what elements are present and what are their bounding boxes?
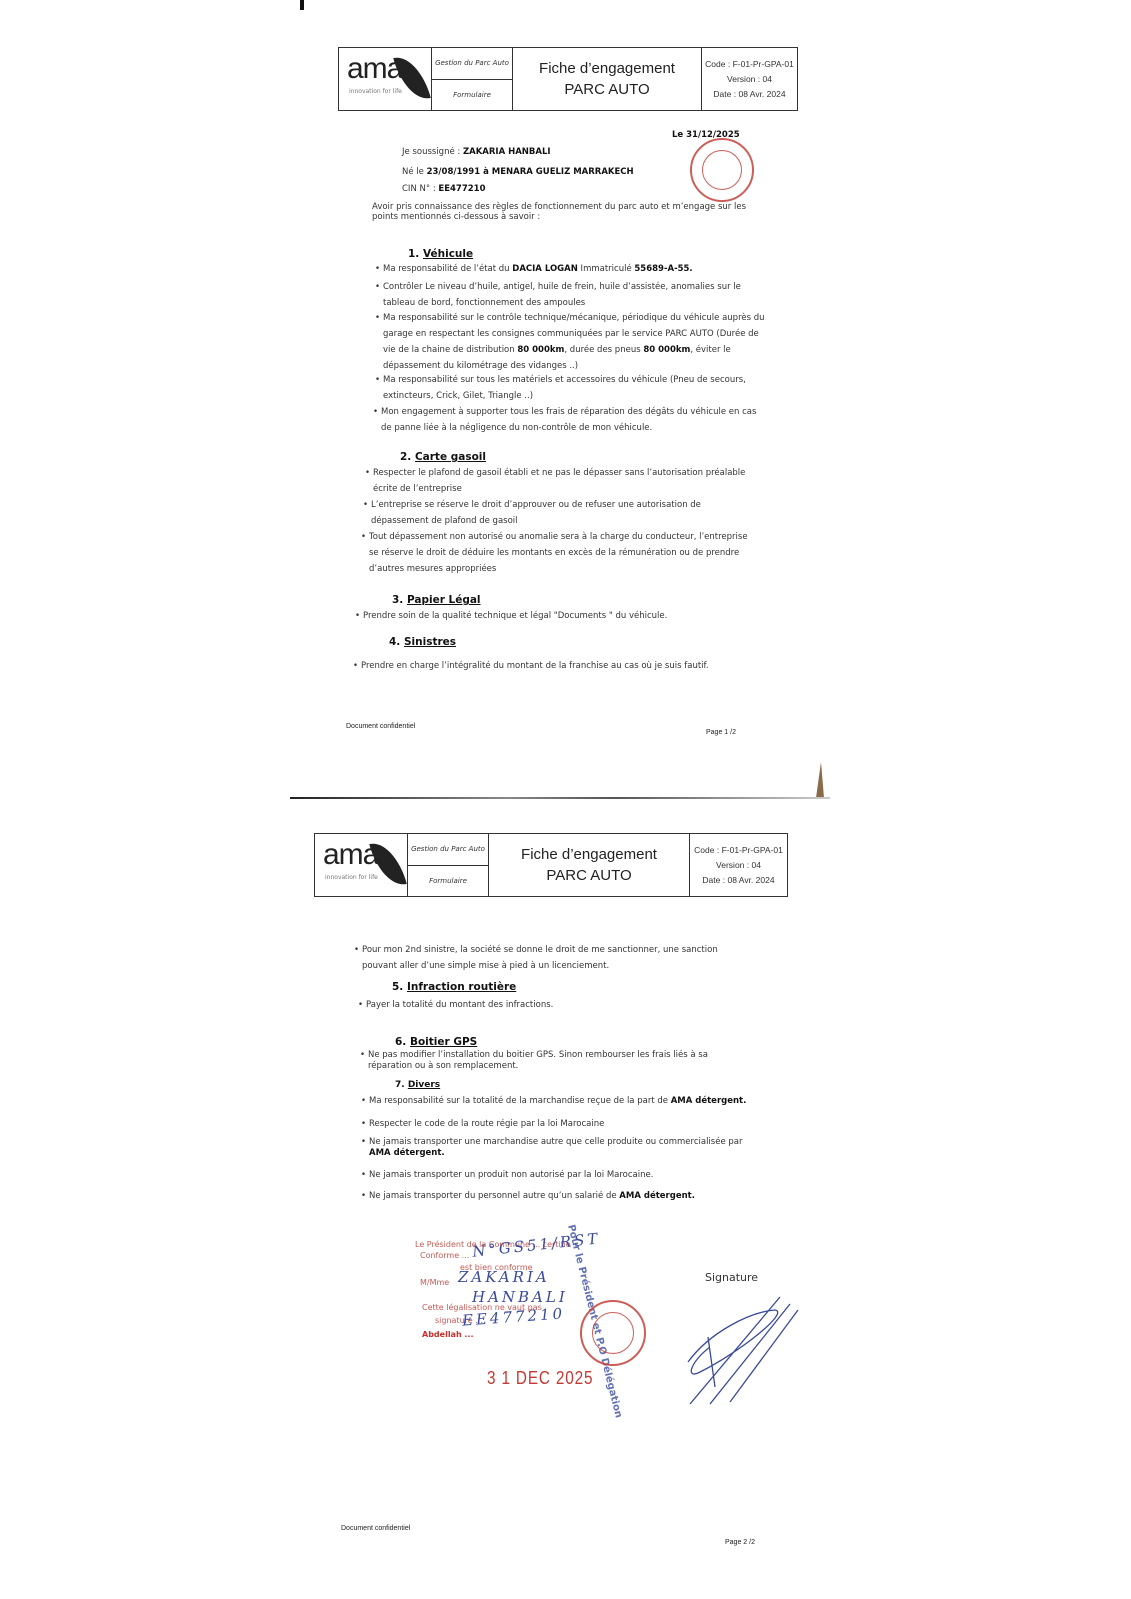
list-item: Tout dépassement non autorisé ou anomali… xyxy=(369,529,754,577)
doc-type-label: Formulaire xyxy=(408,866,488,897)
footer-confidential: Document confidentiel xyxy=(346,723,415,730)
doc-type-label: Formulaire xyxy=(432,80,512,111)
list-item: Ma responsabilité de l’état du DACIA LOG… xyxy=(383,261,768,277)
handwritten-name: ZAKARIA xyxy=(458,1268,550,1286)
list-item: Ne jamais transporter du personnel autre… xyxy=(369,1188,754,1204)
page1-header: ama innovation for life Gestion du Parc … xyxy=(338,47,798,111)
page-number: Page 2 /2 xyxy=(725,1539,755,1546)
page2-header: ama innovation for life Gestion du Parc … xyxy=(314,833,788,897)
list-item: Ne pas modifier l’installation du boitie… xyxy=(368,1050,753,1072)
document-title: Fiche d’engagement PARC AUTO xyxy=(489,834,690,896)
section-vehicule-heading: 1. Véhicule xyxy=(408,248,473,260)
department-label: Gestion du Parc Auto xyxy=(432,48,512,80)
scan-edge xyxy=(300,0,304,10)
signature-label: Signature xyxy=(705,1271,758,1284)
birth-line: Né le 23/08/1991 à MENARA GUELIZ MARRAKE… xyxy=(402,167,634,178)
company-logo: ama innovation for life xyxy=(339,48,432,110)
list-item: L’entreprise se réserve le droit d’appro… xyxy=(371,497,756,529)
list-item: Ma responsabilité sur tous les matériels… xyxy=(383,372,768,404)
header-meta: Gestion du Parc Auto Formulaire xyxy=(408,834,489,896)
list-item: Prendre soin de la qualité technique et … xyxy=(363,608,748,624)
section-papier-legal-heading: 3. Papier Légal xyxy=(392,594,481,606)
document-code-block: Code : F-01-Pr-GPA-01 Version : 04 Date … xyxy=(702,48,797,110)
doc-code: Code : F-01-Pr-GPA-01 xyxy=(705,57,794,72)
intro-text-2: points mentionnés ci-dessous à savoir : xyxy=(372,212,540,223)
list-item: Ma responsabilité sur le contrôle techni… xyxy=(383,310,768,374)
commune-round-stamp xyxy=(580,1300,646,1366)
doc-version: Version : 04 xyxy=(716,858,761,873)
doc-date: Date : 08 Avr. 2024 xyxy=(713,87,785,102)
scan-artifact xyxy=(816,762,824,798)
list-item: Ma responsabilité sur la totalité de la … xyxy=(369,1093,754,1109)
header-meta: Gestion du Parc Auto Formulaire xyxy=(432,48,513,110)
doc-code: Code : F-01-Pr-GPA-01 xyxy=(694,843,783,858)
list-item: Ne jamais transporter un produit non aut… xyxy=(369,1167,754,1183)
list-item: Payer la totalité du montant des infract… xyxy=(366,997,751,1013)
list-item: Respecter le plafond de gasoil établi et… xyxy=(373,465,758,497)
list-item: Prendre en charge l’intégralité du monta… xyxy=(361,658,746,674)
department-label: Gestion du Parc Auto xyxy=(408,834,488,866)
company-logo: ama innovation for life xyxy=(315,834,408,896)
title-line2: PARC AUTO xyxy=(564,79,649,100)
cin-line: CIN N° : EE477210 xyxy=(402,184,486,195)
section-gps-heading: 6. Boitier GPS xyxy=(395,1036,477,1048)
signer-line: Je soussigné : ZAKARIA HANBALI xyxy=(402,147,551,158)
signature-scribble xyxy=(680,1292,800,1407)
document-code-block: Code : F-01-Pr-GPA-01 Version : 04 Date … xyxy=(690,834,787,896)
document-title: Fiche d’engagement PARC AUTO xyxy=(513,48,702,110)
list-item: Respecter le code de la route régie par … xyxy=(369,1116,754,1132)
page-number: Page 1 /2 xyxy=(706,729,736,736)
doc-date: Date : 08 Avr. 2024 xyxy=(702,873,774,888)
section-infraction-heading: 5. Infraction routière xyxy=(392,981,516,993)
title-line2: PARC AUTO xyxy=(546,865,631,886)
section-divers-heading: 7. Divers xyxy=(395,1080,440,1090)
title-line1: Fiche d’engagement xyxy=(539,58,675,79)
section-carte-gasoil-heading: 2. Carte gasoil xyxy=(400,451,486,463)
footer-confidential: Document confidentiel xyxy=(341,1525,410,1532)
title-line1: Fiche d’engagement xyxy=(521,844,657,865)
doc-version: Version : 04 xyxy=(727,72,772,87)
section-sinistres-heading: 4. Sinistres xyxy=(389,636,456,648)
list-item: Mon engagement à supporter tous les frai… xyxy=(381,404,766,436)
date-stamp: 3 1 DEC 2025 xyxy=(487,1368,593,1389)
page-separator xyxy=(290,797,830,799)
list-item: Ne jamais transporter une marchandise au… xyxy=(369,1137,754,1159)
logo-subtitle: innovation for life xyxy=(349,88,402,95)
handwritten-surname: HANBALI xyxy=(472,1288,568,1306)
list-item: Contrôler Le niveau d’huile, antigel, hu… xyxy=(383,279,768,311)
list-item: Pour mon 2nd sinistre, la société se don… xyxy=(362,942,747,974)
logo-subtitle: innovation for life xyxy=(325,874,378,881)
legalization-stamp: Le Président de la Commune ... certifie … xyxy=(410,1232,580,1347)
company-stamp xyxy=(690,138,754,202)
